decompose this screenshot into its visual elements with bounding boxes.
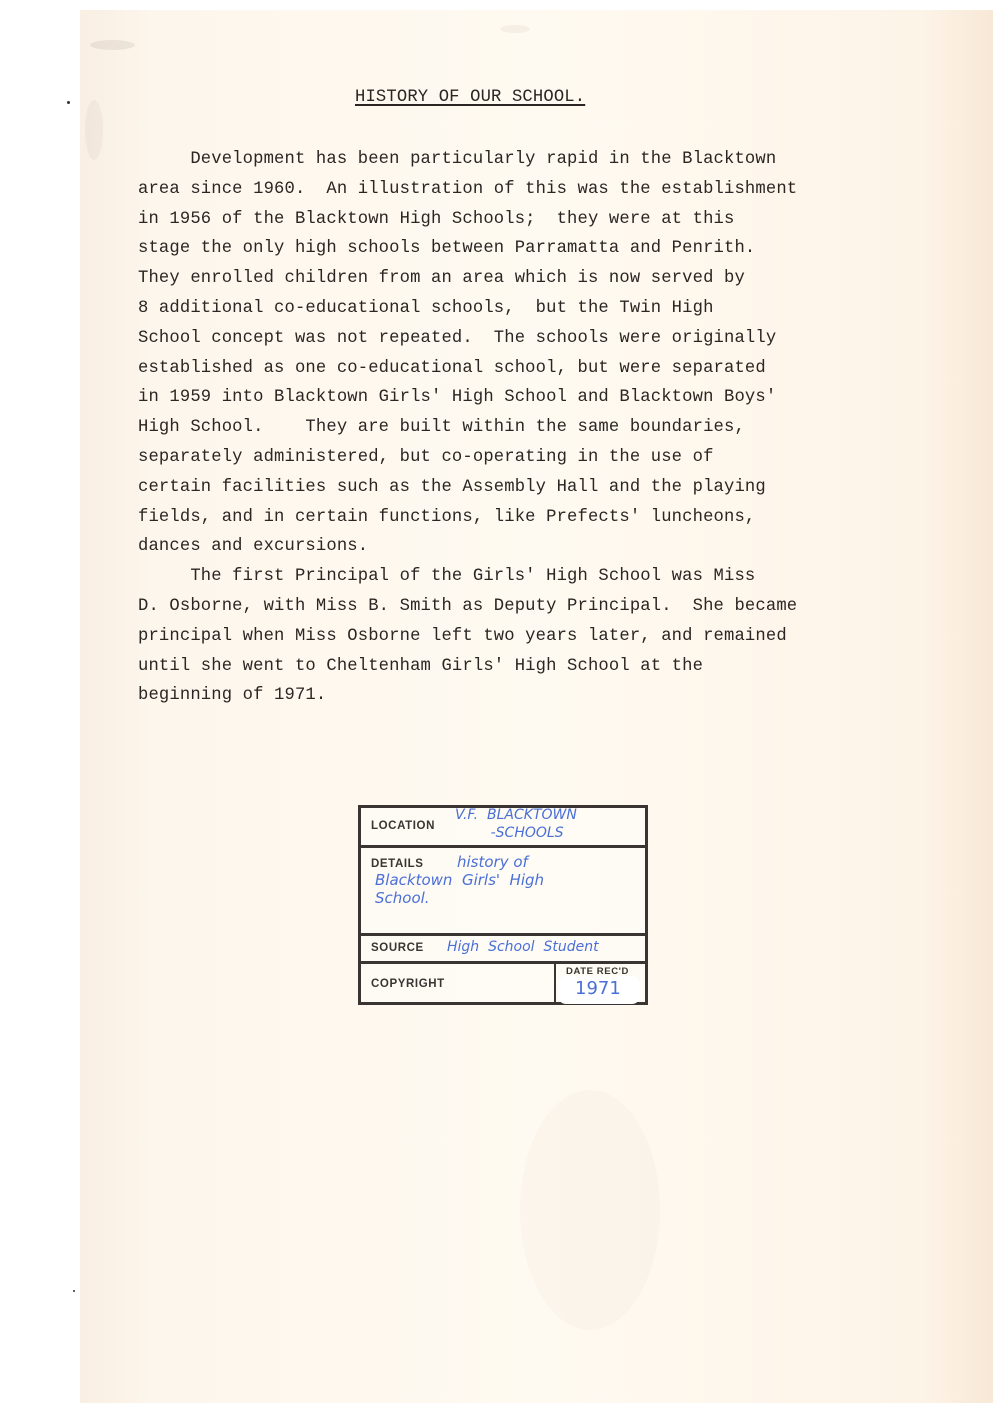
body-line: They enrolled children from an area whic… [138,269,745,288]
body-line: Development has been particularly rapid … [138,150,776,169]
body-line: until she went to Cheltenham Girls' High… [138,657,703,676]
body-line: in 1956 of the Blacktown High Schools; t… [138,210,734,229]
stamp-source-label: SOURCE [371,942,424,954]
margin-mark [73,1290,75,1292]
body-line: fields, and in certain functions, like P… [138,508,755,527]
stamp-location-value: V.F. BLACKTOWN -SCHOOLS [455,806,577,842]
body-line: certain facilities such as the Assembly … [138,478,766,497]
body-line: dances and excursions. [138,537,368,556]
body-line: The first Principal of the Girls' High S… [138,567,755,586]
body-line: area since 1960. An illustration of this… [138,180,797,199]
body-line: School concept was not repeated. The sch… [138,329,776,348]
body-line: stage the only high schools between Parr… [138,239,755,258]
body-line: 8 additional co-educational schools, but… [138,299,714,318]
stamp-date-value: 1971 [575,980,621,998]
stamp-source-value: High School Student [447,938,599,956]
stamp-copyright-label: COPYRIGHT [371,978,445,990]
stamp-date-label: DATE REC'D [566,966,629,977]
body-line: established as one co-educational school… [138,359,766,378]
stamp-divider [554,964,556,1004]
body-line: High School. They are built within the s… [138,418,745,437]
body-line: beginning of 1971. [138,686,326,705]
stamp-details-row: DETAILS history of Blacktown Girls' High… [361,848,645,936]
body-line: D. Osborne, with Miss B. Smith as Deputy… [138,597,797,616]
body-line: principal when Miss Osborne left two yea… [138,627,787,646]
library-stamp: LOCATION V.F. BLACKTOWN -SCHOOLS DETAILS… [358,805,648,1005]
stamp-details-value: history of Blacktown Girls' High School. [375,853,635,907]
stamp-source-row: SOURCE High School Student [361,936,645,964]
margin-mark [67,101,70,104]
body-line: separately administered, but co-operatin… [138,448,714,467]
stamp-location-label: LOCATION [371,820,435,832]
stamp-location-row: LOCATION V.F. BLACKTOWN -SCHOOLS [361,808,645,848]
document-title: HISTORY OF OUR SCHOOL. [355,88,585,107]
body-line: in 1959 into Blacktown Girls' High Schoo… [138,388,776,407]
